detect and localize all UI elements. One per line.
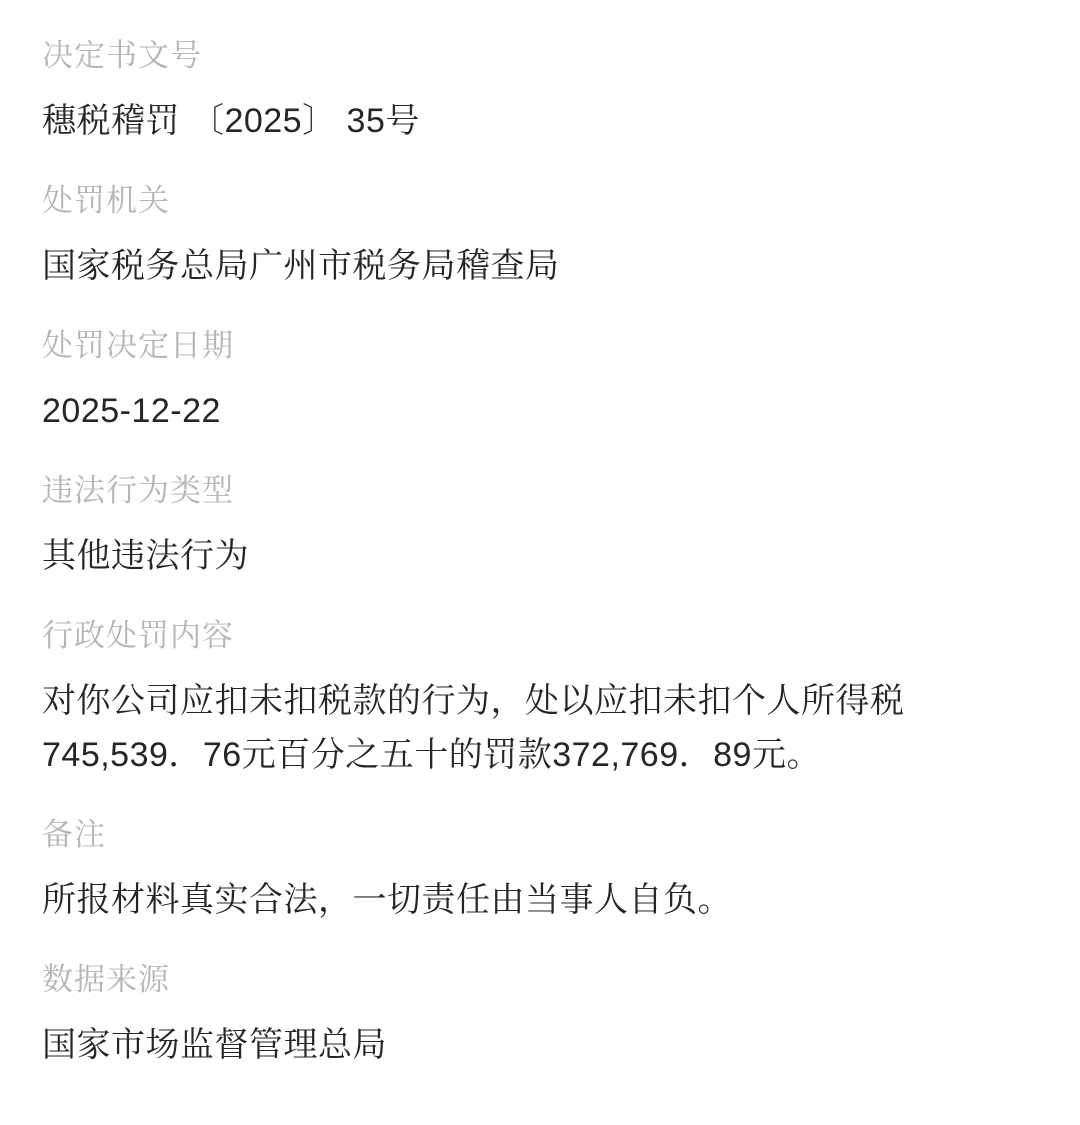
data-source-label: 数据来源 <box>42 960 1038 1000</box>
data-source-value: 国家市场监督管理总局 <box>42 1018 1038 1072</box>
field-remarks: 备注 所报材料真实合法，一切责任由当事人自负。 <box>42 815 1038 927</box>
penalty-content-value: 对你公司应扣未扣税款的行为，处以应扣未扣个人所得税745,539．76元百分之五… <box>42 674 1038 782</box>
penalty-authority-value: 国家税务总局广州市税务局稽查局 <box>42 239 1038 293</box>
violation-type-value: 其他违法行为 <box>42 529 1038 583</box>
field-decision-doc-number: 决定书文号 穗税稽罚 〔2025〕 35号 <box>42 36 1038 148</box>
field-penalty-content: 行政处罚内容 对你公司应扣未扣税款的行为，处以应扣未扣个人所得税745,539．… <box>42 616 1038 782</box>
violation-type-label: 违法行为类型 <box>42 471 1038 511</box>
penalty-authority-label: 处罚机关 <box>42 181 1038 221</box>
remarks-value: 所报材料真实合法，一切责任由当事人自负。 <box>42 873 1038 927</box>
penalty-decision-date-value: 2025-12-22 <box>42 384 1038 438</box>
decision-doc-number-label: 决定书文号 <box>42 36 1038 76</box>
field-penalty-authority: 处罚机关 国家税务总局广州市税务局稽查局 <box>42 181 1038 293</box>
penalty-decision-date-label: 处罚决定日期 <box>42 326 1038 366</box>
decision-doc-number-value: 穗税稽罚 〔2025〕 35号 <box>42 94 1038 148</box>
field-violation-type: 违法行为类型 其他违法行为 <box>42 471 1038 583</box>
penalty-content-label: 行政处罚内容 <box>42 616 1038 656</box>
penalty-record-detail: 决定书文号 穗税稽罚 〔2025〕 35号 处罚机关 国家税务总局广州市税务局稽… <box>0 0 1080 1125</box>
field-data-source: 数据来源 国家市场监督管理总局 <box>42 960 1038 1072</box>
field-penalty-decision-date: 处罚决定日期 2025-12-22 <box>42 326 1038 438</box>
remarks-label: 备注 <box>42 815 1038 855</box>
